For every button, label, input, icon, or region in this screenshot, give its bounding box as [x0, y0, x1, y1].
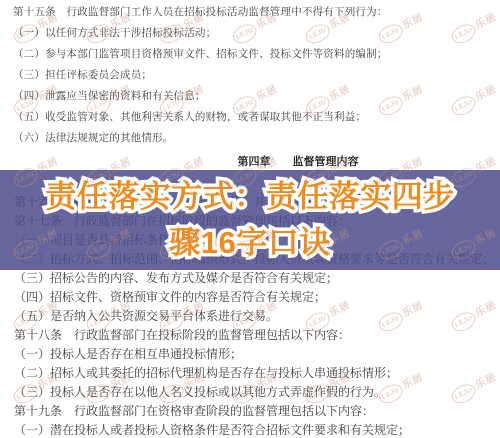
- promo-title-line-2: 骤16字口诀: [169, 220, 330, 266]
- doc-line-item3: （三）投标人是否存在以他人名义投标或以其他方式弄虚作假的行为。: [14, 383, 500, 402]
- doc-line-article18: 第十八条 行政监督部门在投标阶段的监督管理包括以下内容：: [14, 326, 500, 345]
- doc-line-item2: （二）参与本部门监管项目资格预审文件、招标文件、投标文件等资料的编制；: [13, 44, 500, 65]
- promo-banner: 责任落实方式：责任落实四步 骤16字口诀: [0, 170, 500, 270]
- doc-line-item3: （三）招标公告的内容、发布方式及媒介是否符合有关规定；: [14, 269, 500, 288]
- doc-line-item2: （二）招标人或其委托的招标代理机构是否存在与投标人串通投标情形；: [14, 364, 500, 383]
- doc-line-item6: （六）法律法规规定的其他情形。: [13, 128, 500, 149]
- doc-line-article19: 第十九条 行政监督部门在资格审查阶段的监督管理包括以下内容：: [14, 402, 500, 421]
- promo-title-line-1: 责任落实方式：责任落实四步: [45, 174, 455, 220]
- doc-line-item3: （三）担任评标委员会成员；: [13, 65, 500, 86]
- doc-line-article15: 第十五条 行政监督部门工作人员在招标投标活动监督管理中不得有下列行为：: [13, 2, 500, 23]
- doc-line-item5: （五）收受监管对象、其他利害关系人的财物，或者谋取其他不正当利益；: [13, 107, 500, 128]
- doc-line-item1: （一）投标人是否存在相互串通投标情形；: [14, 345, 500, 364]
- doc-line-item5: （五）是否纳入公共资源交易平台体系进行交易。: [14, 307, 500, 326]
- doc-line-item1: （一）潜在投标人或者投标人资格条件是否符合招标文件要求和有关规定；: [14, 421, 500, 438]
- doc-line-item1: （一）以任何方式非法干涉招标投标活动；: [13, 23, 500, 44]
- doc-line-item4: （四）招标文件、资格预审文件的内容是否符合有关规定；: [14, 288, 500, 307]
- doc-line-item4: （四）泄露应当保密的资料和有关信息；: [13, 86, 500, 107]
- article15-section: 第十五条 行政监督部门工作人员在招标投标活动监督管理中不得有下列行为： （一）以…: [0, 0, 500, 149]
